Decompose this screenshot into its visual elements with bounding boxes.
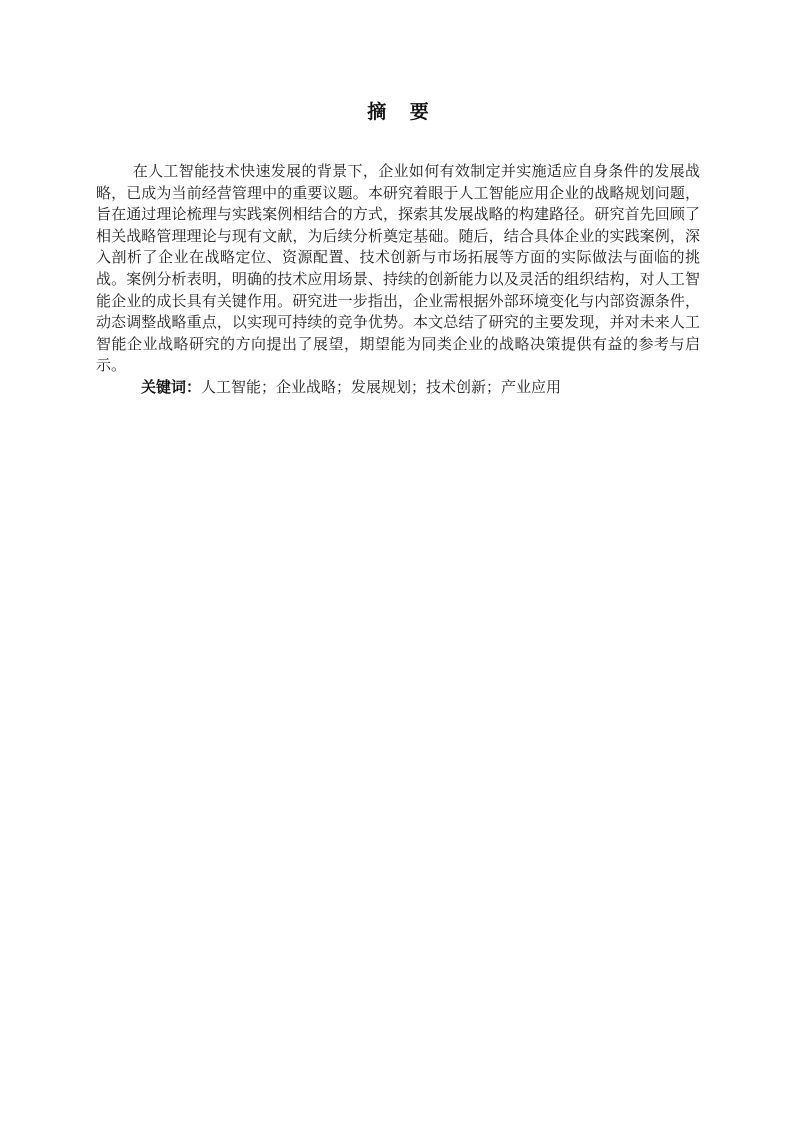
abstract-title: 摘 要 (96, 103, 700, 123)
keywords-label: 关键词： (141, 380, 201, 396)
abstract-paragraph: 在人工智能技术快速发展的背景下，企业如何有效制定并实施适应自身条件的发展战略，已… (96, 162, 700, 378)
keywords-line: 关键词：人工智能；企业战略；发展规划；技术创新；产业应用 (96, 378, 700, 400)
document-page: 摘 要 在人工智能技术快速发展的背景下，企业如何有效制定并实施适应自身条件的发展… (0, 0, 793, 1122)
keywords-value: 人工智能；企业战略；发展规划；技术创新；产业应用 (201, 380, 561, 396)
